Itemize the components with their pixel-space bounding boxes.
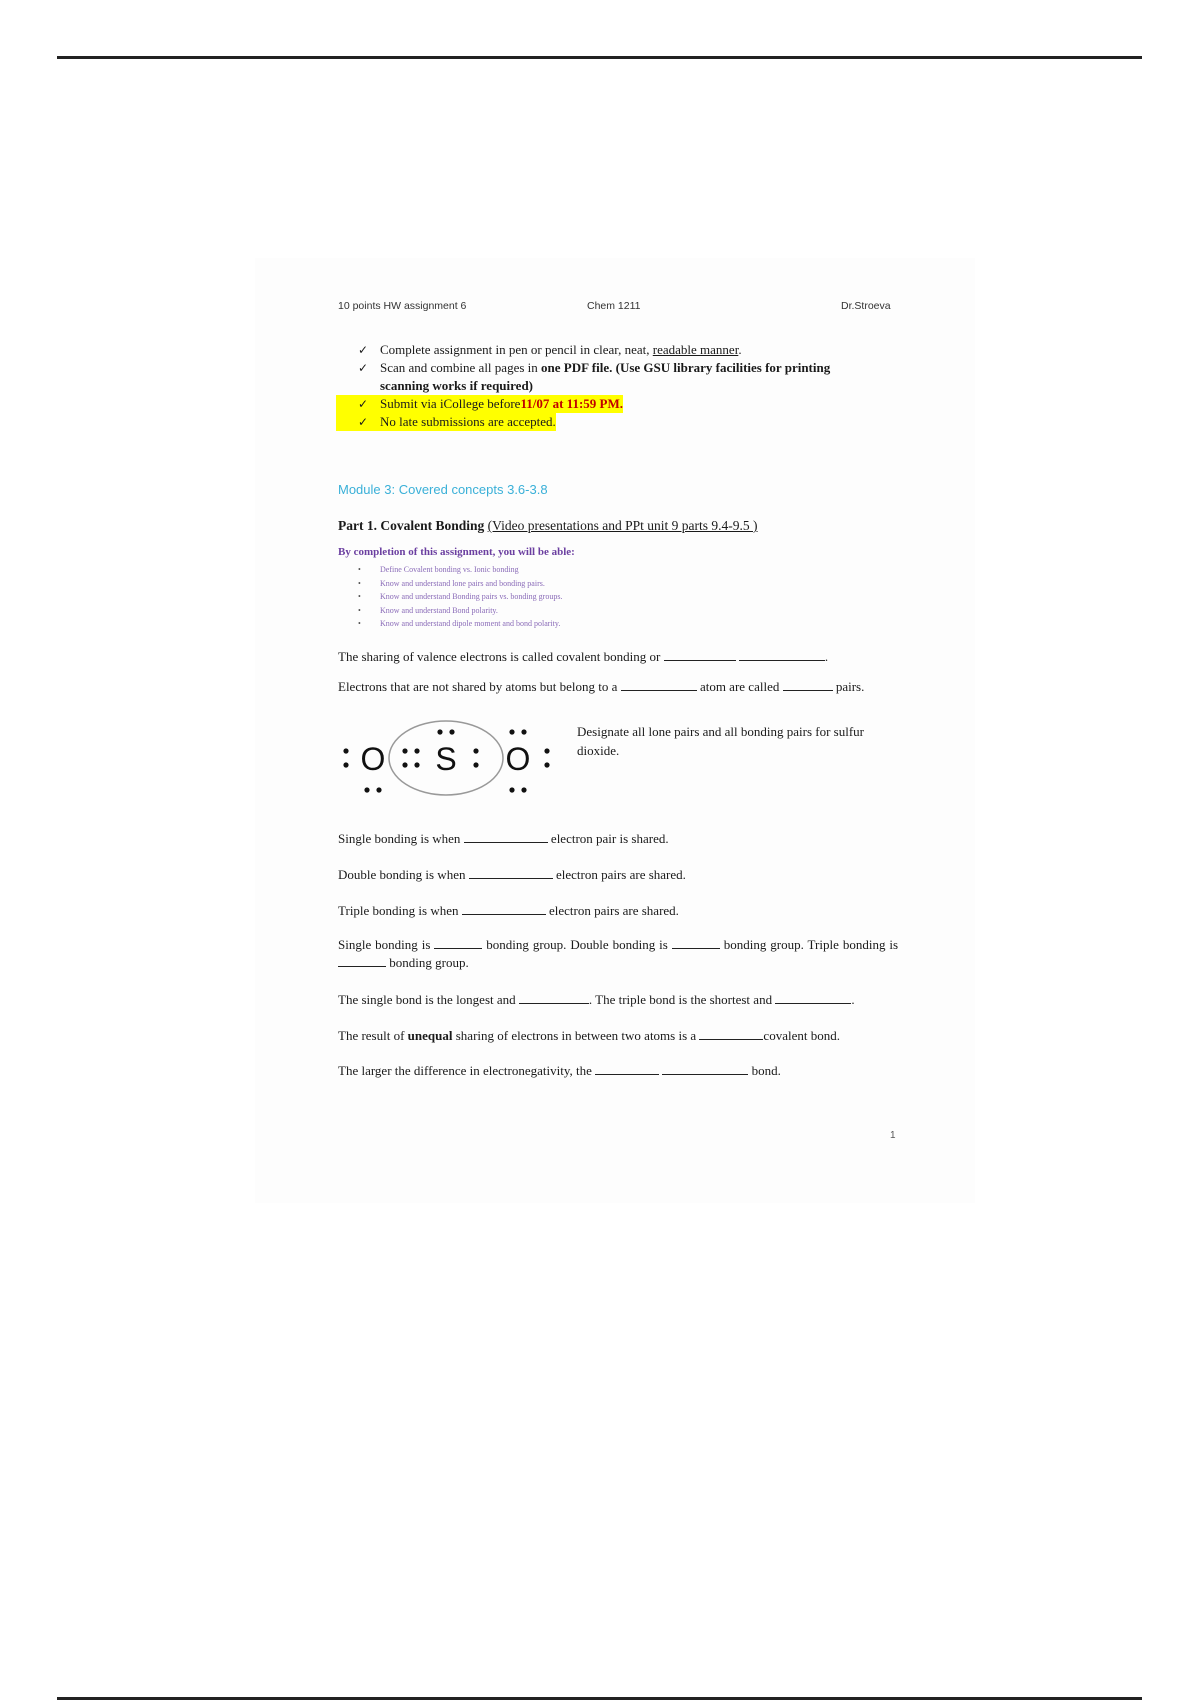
question-8: The result of unequal sharing of electro… [338, 1027, 840, 1044]
instruction-item: ✓No late submissions are accepted. [336, 413, 880, 431]
svg-text:O: O [506, 741, 531, 777]
due-date: 11/07 at 11:59 PM. [520, 395, 623, 413]
svg-text:S: S [435, 741, 456, 777]
header-left: 10 points HW assignment 6 [338, 300, 466, 312]
question-5: Triple bonding is when electron pairs ar… [338, 902, 679, 919]
checkmark-icon: ✓ [358, 341, 380, 359]
header-center: Chem 1211 [587, 300, 641, 312]
svg-text:O: O [361, 741, 386, 777]
question-2: Electrons that are not shared by atoms b… [338, 678, 864, 695]
top-rule [57, 56, 1142, 59]
instruction-item: ✓ Scan and combine all pages in one PDF … [358, 359, 880, 395]
instruction-item: ✓ Complete assignment in pen or pencil i… [358, 341, 880, 359]
objectives-list: •Define Covalent bonding vs. Ionic bondi… [358, 563, 562, 631]
header-right: Dr.Stroeva [841, 300, 891, 312]
objective-item: •Define Covalent bonding vs. Ionic bondi… [358, 563, 562, 577]
question-7: The single bond is the longest and . The… [338, 991, 855, 1008]
checkmark-icon: ✓ [358, 395, 380, 413]
question-6: Single bonding is bonding group. Double … [338, 936, 898, 972]
sulfur-dioxide-lewis-structure: O S O [336, 718, 556, 798]
objectives-heading: By completion of this assignment, you wi… [338, 546, 575, 558]
page-number: 1 [890, 1130, 896, 1141]
designate-instruction: Designate all lone pairs and all bonding… [577, 722, 897, 760]
objective-item: •Know and understand lone pairs and bond… [358, 577, 562, 591]
checkmark-icon: ✓ [358, 413, 380, 431]
module-title: Module 3: Covered concepts 3.6-3.8 [338, 482, 548, 497]
objective-item: •Know and understand Bonding pairs vs. b… [358, 590, 562, 604]
question-9: The larger the difference in electronega… [338, 1062, 781, 1079]
question-3: Single bonding is when electron pair is … [338, 830, 669, 847]
part-title: Part 1. Covalent Bonding (Video presenta… [338, 518, 758, 534]
instructions-list: ✓ Complete assignment in pen or pencil i… [358, 341, 880, 431]
objective-item: •Know and understand Bond polarity. [358, 604, 562, 618]
checkmark-icon: ✓ [358, 359, 380, 377]
question-1: The sharing of valence electrons is call… [338, 648, 828, 665]
objective-item: •Know and understand dipole moment and b… [358, 617, 562, 631]
instruction-item: ✓Submit via iCollege before 11/07 at 11:… [336, 395, 880, 413]
question-4: Double bonding is when electron pairs ar… [338, 866, 686, 883]
